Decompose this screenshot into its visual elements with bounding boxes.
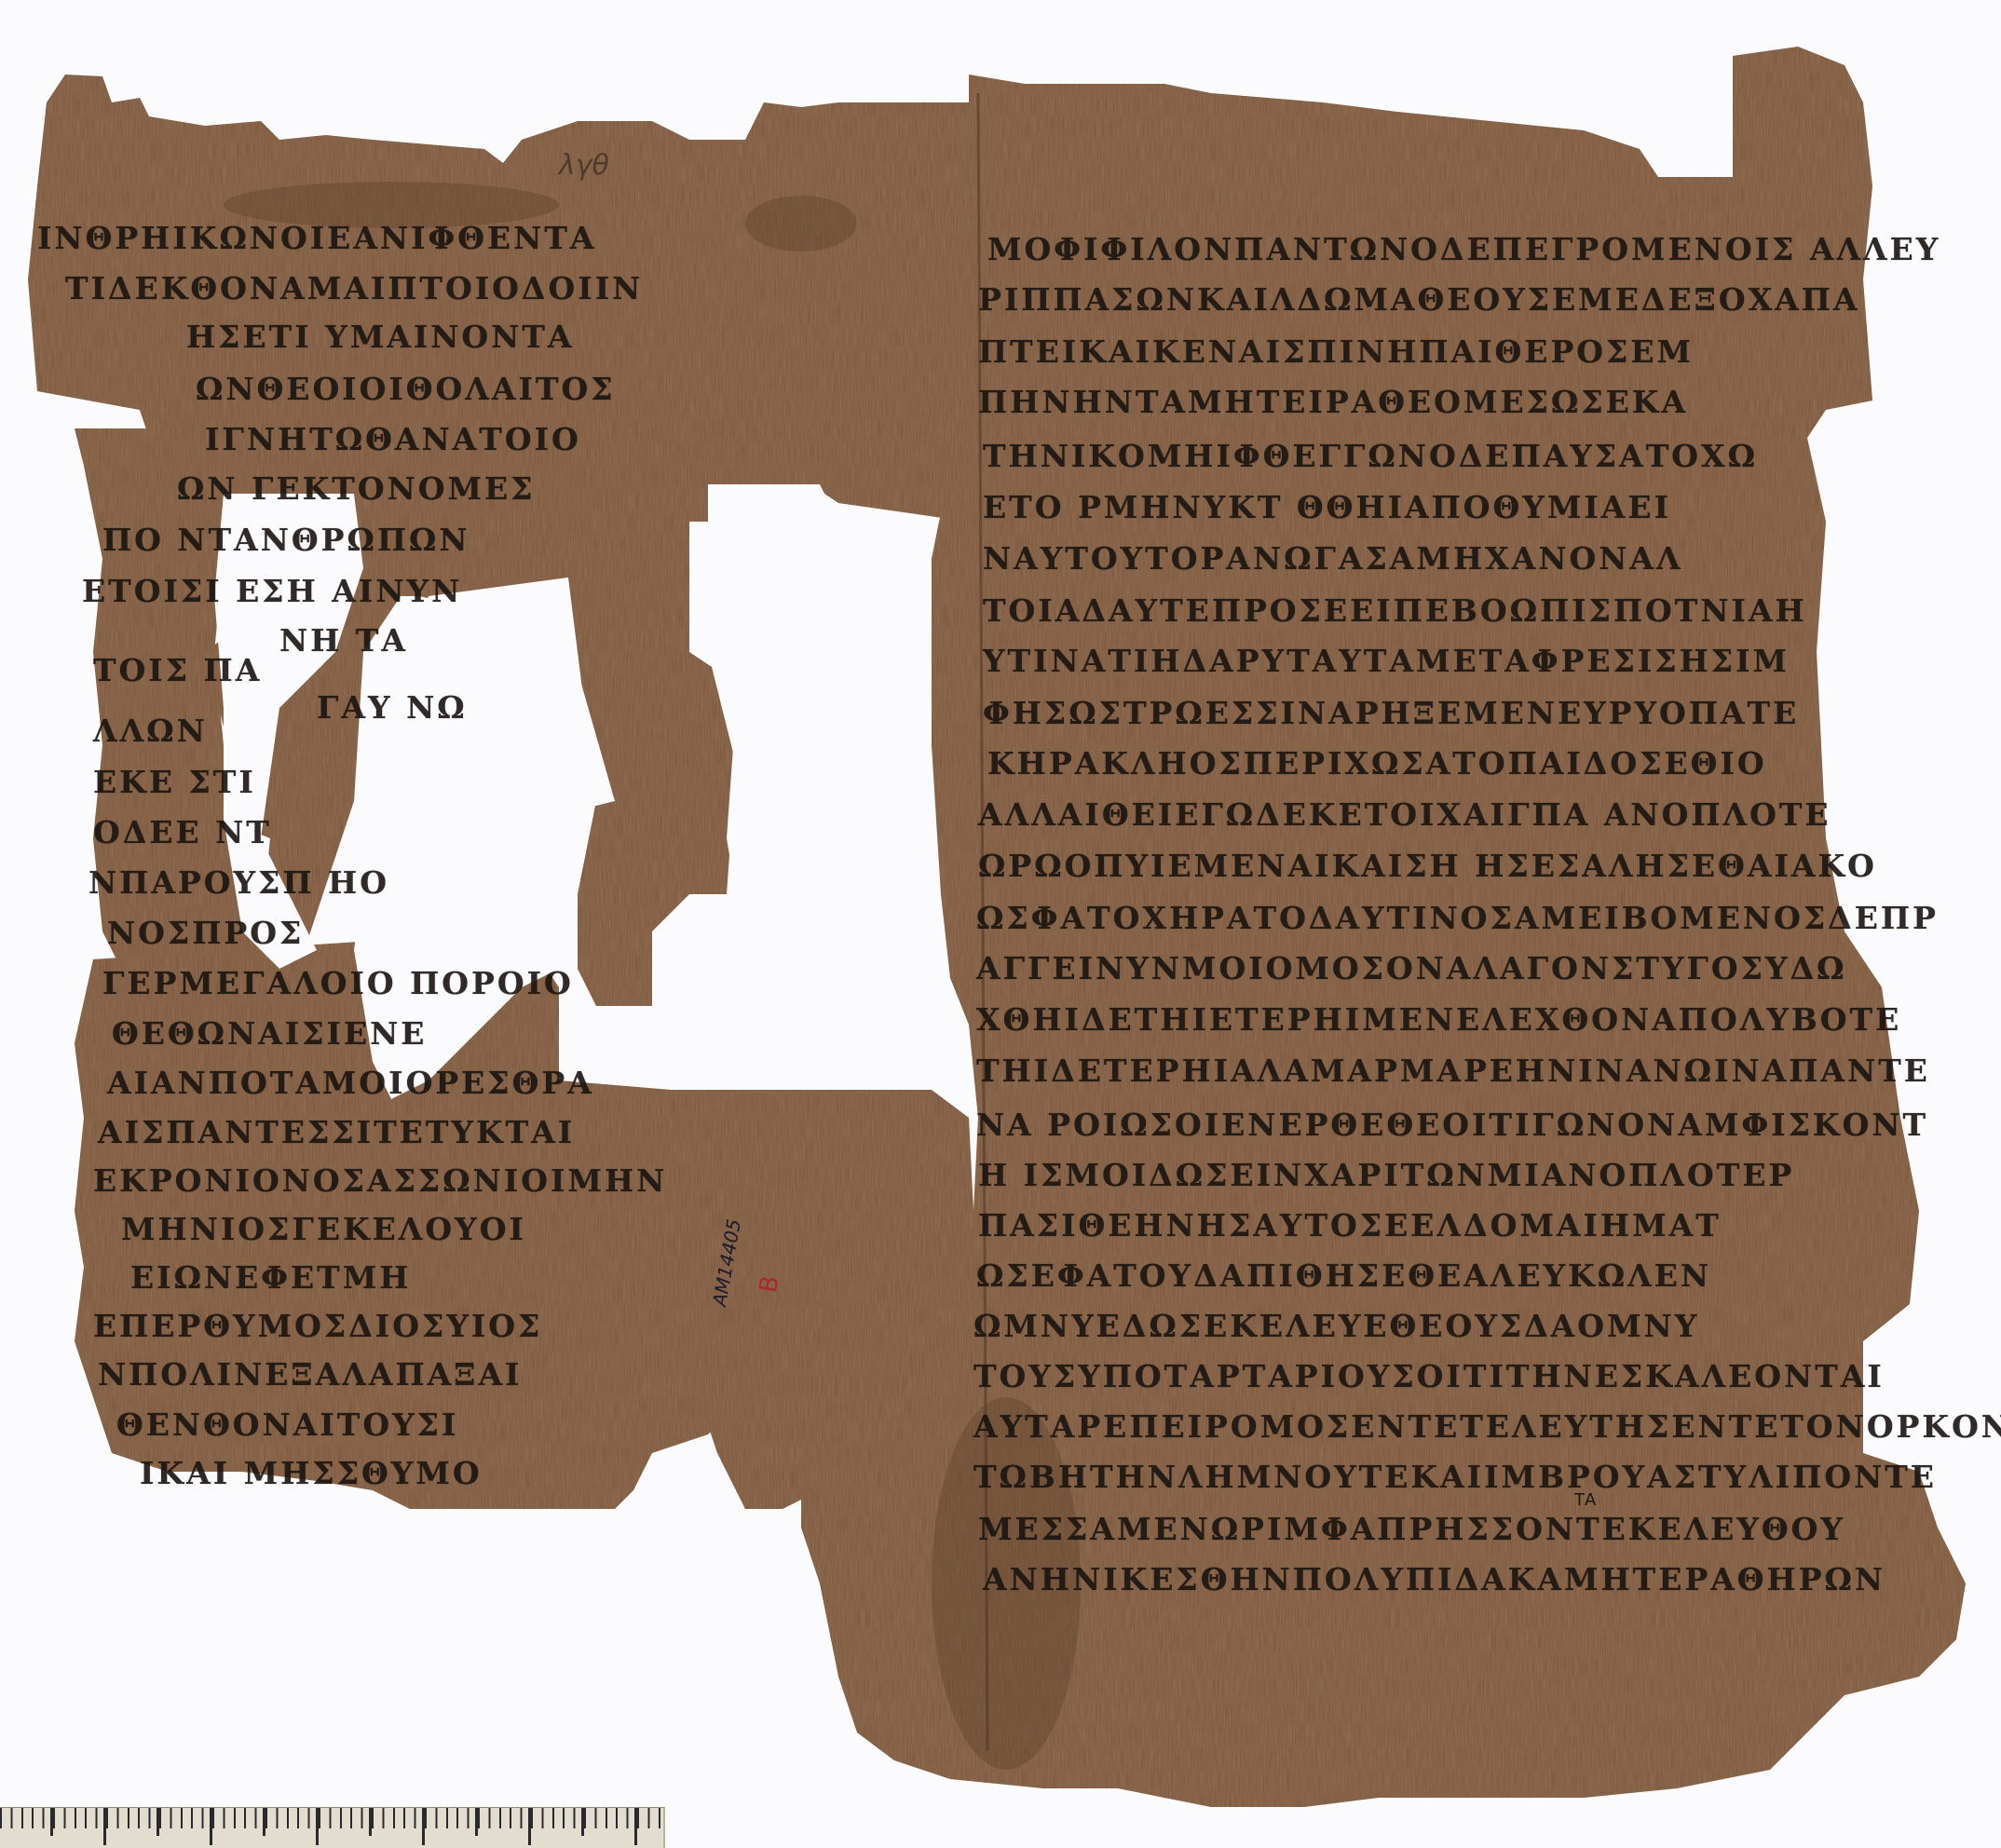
right-line: ΜΕΣΣΑΜΕΝΩΡΙΜΦΑΠΡΗΣΣΟΝΤΕΚΕΛΕΥΘΟΥ [978, 1511, 1845, 1547]
right-line: ΦΗΣΩΣΤΡΩΕΣΣΙΝΑΡΗΞΕΜΕΝΕΥΡΥΟΠΑΤΕ [983, 695, 1799, 731]
left-line: ΙΚΑΙ ΜΗΣΣΘΥΜΟ [140, 1455, 483, 1491]
right-line: ΠΗΝΗΝΤΑΜΗΤΕΙΡΑΘΕΟΜΕΣΩΣΕΚΑ [978, 384, 1688, 420]
left-line: ΑΙΣΠΑΝΤΕΣΣΙΤΕΤΥΚΤΑΙ [98, 1114, 575, 1150]
right-line: ΩΜΝΥΕΔΩΣΕΚΕΛΕΥΕΘΕΟΥΣΔΑΟΜΝΥ [973, 1308, 1699, 1344]
left-line: ΩΝΘΕΟΙΟΙΘΟΛΑΙΤΟΣ [196, 371, 616, 407]
right-line: ΧΘΗΙΔΕΤΗΙΕΤΕΡΗΙΜΕΝΕΛΕΧΘΟΝΑΠΟΛΥΒΟΤΕ [976, 1001, 1901, 1038]
right-line: ΤΗΙΔΕΤΕΡΗΙΑΛΑΜΑΡΜΑΡΕΗΝΙΝΑΝΩΙΝΑΠΑΝΤΕ [976, 1053, 1930, 1089]
right-line: ΠΤΕΙΚΑΙΚΕΝΑΙΣΠΙΝΗΠΑΙΘΕΡΟΣΕΜ [978, 333, 1694, 370]
right-line: ΤΟΥΣΥΠΟΤΑΡΤΑΡΙΟΥΣΟΙΤΙΤΗΝΕΣΚΑΛΕΟΝΤΑΙ [973, 1358, 1885, 1394]
left-line: ΩΝ ΓΕΚΤΟΝΟΜΕΣ [177, 470, 536, 507]
right-line: ΝΑ ΡΟΙΩΣΟΙΕΝΕΡΘΕΘΕΟΙΤΙΓΩΝΟΝΑΜΦΙΣΚΟΝΤ [976, 1107, 1928, 1143]
right-line: ΑΥΤΑΡΕΠΕΙΡΟΜΟΣΕΝΤΕΤΕΛΕΥΤΗΣΕΝΤΕΤΟΝΟΡΚΟΝ [973, 1408, 2001, 1445]
right-line: ΤΗΝΙΚΟΜΗΙΦΘΕΓΓΩΝΟΔΕΠΑΥΣΑΤΟΧΩ [983, 438, 1758, 474]
superscript-correction: ΤΑ [1574, 1490, 1596, 1510]
left-line: ΤΙΔΕΚΘΟΝΑΜΑΙΠΤΟΙΟΔΟΙΙΝ [65, 270, 643, 306]
right-line: ΩΣΕΦΑΤΟΥΔΑΠΙΘΗΣΕΘΕΑΛΕΥΚΩΛΕΝ [976, 1257, 1711, 1294]
left-line: ΕΤΟΙΣΙ ΕΣΗ ΑΙΝΥΝ [82, 573, 462, 609]
right-line: ΚΗΡΑΚΛΗΟΣΠΕΡΙΧΩΣΑΤΟΠΑΙΔΟΣΕΘΙΟ [987, 745, 1767, 781]
left-line: ΠΟ ΝΤΑΝΘΡΩΠΩΝ [102, 522, 470, 558]
right-line: ΥΤΙΝΑΤΙΗΔΑΡΥΤΑΥΤΑΜΕΤΑΦΡΕΣΙΣΗΣΙΜ [983, 643, 1790, 679]
left-line: ΕΠΕΡΘΥΜΟΣΔΙΟΣΥΙΟΣ [93, 1308, 542, 1344]
right-line: ΡΙΠΠΑΣΩΝΚΑΙΛΔΩΜΑΘΕΟΥΣΕΜΕΔΕΞΟΧΑΠΑ [978, 281, 1860, 318]
right-line: ΝΑΥΤΟΥΤΟΡΑΝΩΓΑΣΑΜΗΧΑΝΟΝΑΛ [983, 540, 1683, 577]
left-line: ΘΕΘΩΝΑΙΣΙΕΝΕ [112, 1015, 427, 1052]
right-line: ΠΑΣΙΘΕΗΝΗΣΑΥΤΟΣΕΕΛΔΟΜΑΙΗΜΑΤ [978, 1207, 1722, 1243]
left-line: ΕΙΩΝΕΦΕΤΜΗ [130, 1259, 411, 1296]
right-line: ΩΡΩΟΠΥΙΕΜΕΝΑΙΚΑΙΣΗ ΗΣΕΣΑΛΗΣΕΘΑΙΑΚΟ [978, 848, 1877, 884]
left-line: ΝΗ ΤΑ [279, 622, 408, 659]
left-line: ΛΛΩΝ [93, 713, 208, 749]
left-line: ΝΟΣΠΡΟΣ [107, 915, 304, 951]
right-line: ΤΟΙΑΔΑΥΤΕΠΡΟΣΕΕΙΠΕΒΟΩΠΙΣΠΟΤΝΙΑΗ [983, 592, 1807, 629]
header-annotation: λγθ [559, 149, 609, 182]
left-line: ΝΠΟΛΙΝΕΞΑΛΑΠΑΞΑΙ [98, 1356, 523, 1393]
right-line: ΤΩΒΗΤΗΝΛΗΜΝΟΥΤΕΚΑΙΙΜΒΡΟΥΑΣΤΥΛΙΠΟΝΤΕ [973, 1459, 1937, 1495]
right-line: ΕΤΟ ΡΜΗΝΥΚΤ ΘΘΗΙΑΠΟΘΥΜΙΑΕΙ [983, 489, 1671, 525]
right-line: Η ΙΣΜΟΙΔΩΣΕΙΝΧΑΡΙΤΩΝΜΙΑΝΟΠΛΟΤΕΡ [978, 1157, 1794, 1193]
left-line: ΓΑΥ ΝΩ [317, 689, 468, 726]
left-line: ΤΟΙΣ ΠΑ [93, 652, 262, 688]
left-line: ΘΕΝΘΟΝΑΙΤΟΥΣΙ [116, 1406, 458, 1443]
left-line: ΜΗΝΙΟΣΓΕΚΕΛΟΥΟΙ [121, 1211, 526, 1247]
ruler-major-ticks [0, 1808, 663, 1845]
right-line: ΑΛΛΑΙΘΕΙΕΓΩΔΕΚΕΤΟΙΧΑΙΓΠΑ ΑΝΟΠΛΟΤΕ [978, 796, 1831, 833]
measuring-ruler [0, 1807, 665, 1848]
left-line: ΗΣΕΤΙ ΥΜΑΙΝΟΝΤΑ [186, 319, 575, 355]
left-line: ΙΓΝΗΤΩΘΑΝΑΤΟΙΟ [205, 421, 581, 457]
left-line: ΙΝΘΡΗΙΚΩΝΟΙΕΑΝΙΦΘΕΝΤΑ [37, 220, 597, 256]
left-line: ΝΠΑΡΟΥΣΠ ΗΟ [88, 864, 389, 901]
left-line: ΟΔΕΕ ΝΤ [93, 814, 272, 850]
left-line: ΕΚΡΟΝΙΟΝΟΣΑΣΣΩΝΙΟΙΜΗΝ [93, 1162, 667, 1199]
right-line: ΑΓΓΕΙΝΥΝΜΟΙΟΜΟΣΟΝΑΛΑΓΟΝΣΤΥΓΟΣΥΔΩ [976, 950, 1847, 986]
right-line: ΜΟΦΙΦΙΛΟΝΠΑΝΤΩΝΟΔΕΠΕΓΡΟΜΕΝΟΙΣ ΑΛΛΕΥ [987, 231, 1940, 267]
right-line: ΑΝΗΝΙΚΕΣΘΗΝΠΟΛΥΠΙΔΑΚΑΜΗΤΕΡΑΘΗΡΩΝ [983, 1561, 1885, 1597]
left-line: ΑΙΑΝΠΟΤΑΜΟΙΟΡΕΣΘΡΑ [107, 1065, 594, 1101]
left-line: ΓΕΡΜΕΓΑΛΟΙΟ ΠΟΡΟΙΟ [102, 965, 574, 1001]
left-line: ΕΚΕ ΣΤΙ [93, 764, 256, 800]
right-line: ΩΣΦΑΤΟΧΗΡΑΤΟΔΑΥΤΙΝΟΣΑΜΕΙΒΟΜΕΝΟΣΔΕΠΡ [976, 900, 1939, 936]
